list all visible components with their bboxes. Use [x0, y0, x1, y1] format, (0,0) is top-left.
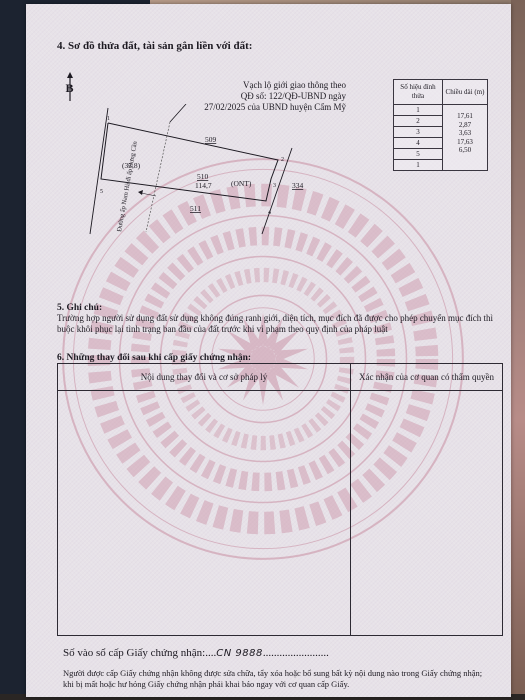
changes-table: Nội dung thay đổi và cơ sở pháp lý Xác n… — [57, 363, 503, 636]
section-5-note: Trường hợp người sử dụng đất sử dụng khô… — [57, 313, 497, 334]
registration-label: Số vào sổ cấp Giấy chứng nhận:.... — [63, 647, 216, 659]
length-value: 17,63 — [443, 138, 487, 147]
svg-text:334: 334 — [292, 181, 304, 190]
road-note-line: Vạch lộ giới giao thông theo — [166, 80, 346, 91]
svg-text:5: 5 — [100, 189, 103, 195]
svg-text:(ONT): (ONT) — [231, 179, 252, 188]
change-content-cell — [58, 391, 351, 636]
registration-number-line: Số vào sổ cấp Giấy chứng nhận:....CN 988… — [63, 647, 329, 659]
section-6-title: 6. Những thay đổi sau khi cấp giấy chứng… — [57, 353, 251, 363]
table-header: Số hiệu đỉnh thửa — [394, 80, 443, 105]
registration-number: CN 9888 — [216, 648, 263, 659]
vertex-length-table: Số hiệu đỉnh thửa Chiều dài (m) 1 17,61 … — [393, 79, 488, 171]
svg-text:510: 510 — [197, 172, 209, 181]
length-value: 6,50 — [443, 146, 487, 155]
north-arrow-icon: B — [63, 72, 77, 102]
svg-text:Đường ấp Nam Hà đi ấp Bưng Cần: Đường ấp Nam Hà đi ấp Bưng Cần — [116, 140, 139, 232]
lengths-cell: 17,61 2,87 3,63 17,63 6,50 — [443, 105, 488, 171]
table-header: Nội dung thay đổi và cơ sở pháp lý — [58, 364, 351, 391]
svg-text:3: 3 — [273, 183, 276, 189]
table-header: Chiều dài (m) — [443, 80, 488, 105]
vertex-cell: 5 — [394, 149, 443, 160]
vertex-cell: 1 — [394, 105, 443, 116]
parcel-sketch: 1 2 3 4 5 509 511 334 (32,8) 510 114,7 (… — [86, 104, 346, 244]
section-4-title: 4. Sơ đồ thửa đất, tài sản gắn liền với … — [57, 40, 252, 52]
length-value: 3,63 — [443, 129, 487, 138]
table-header: Xác nhận của cơ quan có thẩm quyền — [351, 364, 503, 391]
svg-text:511: 511 — [190, 204, 201, 213]
table-row — [58, 391, 503, 636]
registration-dots: ........................ — [263, 647, 329, 659]
svg-text:1: 1 — [107, 116, 110, 122]
svg-text:2: 2 — [281, 157, 284, 163]
svg-text:114,7: 114,7 — [195, 181, 212, 190]
certificate-page: 4. Sơ đồ thửa đất, tài sản gắn liền với … — [26, 4, 511, 697]
svg-text:4: 4 — [268, 210, 271, 216]
svg-text:509: 509 — [205, 135, 217, 144]
length-value: 2,87 — [443, 121, 487, 130]
certificate-notice: Người được cấp Giấy chứng nhận không đượ… — [63, 668, 483, 689]
length-value: 17,61 — [443, 112, 487, 121]
vertex-cell: 2 — [394, 116, 443, 127]
road-note-line: QĐ số: 122/QĐ-UBND ngày — [166, 91, 346, 102]
vertex-cell: 3 — [394, 127, 443, 138]
section-5-title: 5. Ghi chú: — [57, 303, 102, 313]
authority-confirmation-cell — [351, 391, 503, 636]
vertex-cell: 1 — [394, 160, 443, 171]
background-edge — [511, 0, 525, 700]
vertex-cell: 4 — [394, 138, 443, 149]
svg-text:B: B — [66, 81, 74, 95]
